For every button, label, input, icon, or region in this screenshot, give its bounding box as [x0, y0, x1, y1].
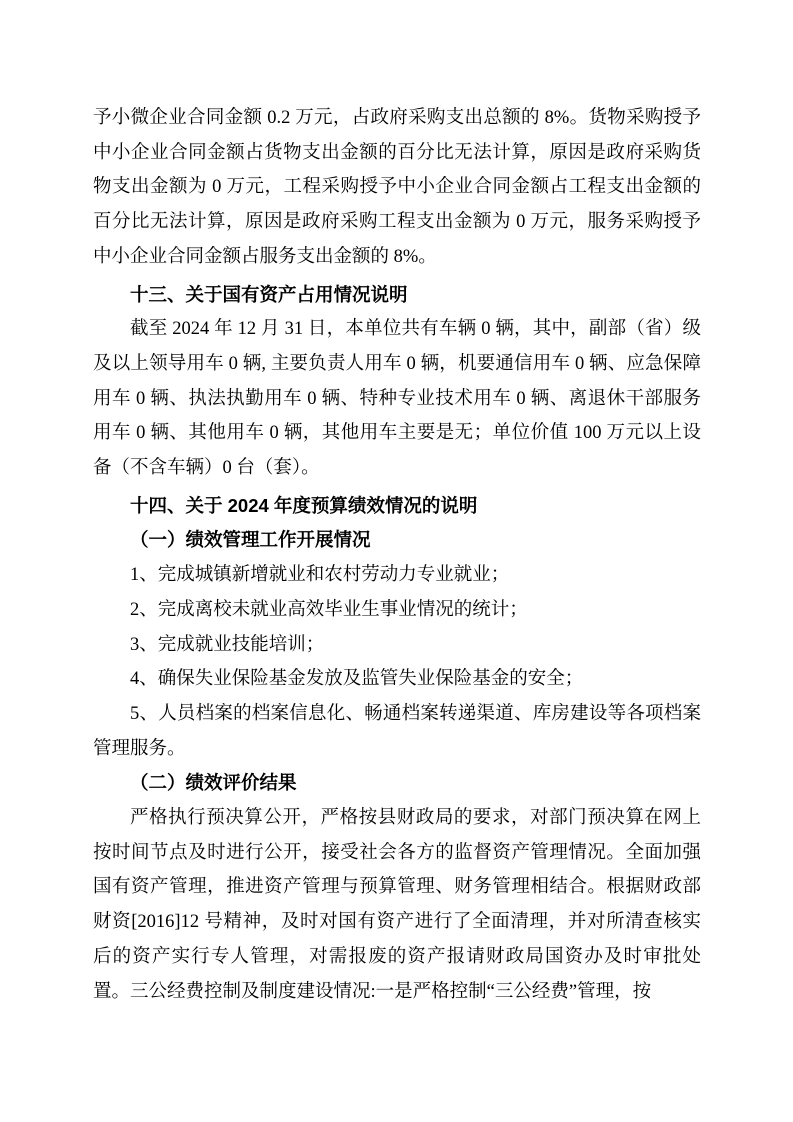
paragraph-procurement-continuation: 予小微企业合同金额 0.2 万元，占政府采购支出总额的 8%。货物采购授予中小企…: [93, 101, 701, 275]
list-item-4: 4、确保失业保险基金发放及监管失业保险基金的安全；: [93, 662, 701, 697]
section-heading-13-state-assets: 十三、关于国有资产占用情况说明: [93, 278, 701, 313]
sub-heading-performance-management: （一）绩效管理工作开展情况: [93, 523, 701, 558]
document-page: 予小微企业合同金额 0.2 万元，占政府采购支出总额的 8%。货物采购授予中小企…: [0, 0, 793, 1122]
list-item-1: 1、完成城镇新增就业和农村劳动力专业就业；: [93, 558, 701, 593]
section-heading-14-performance: 十四、关于 2024 年度预算绩效情况的说明: [93, 489, 701, 524]
paragraph-vehicles-equipment: 截至 2024 年 12 月 31 日，本单位共有车辆 0 辆，其中，副部（省）…: [93, 312, 701, 486]
sub-heading-performance-evaluation: （二）绩效评价结果: [93, 766, 701, 801]
paragraph-budget-disclosure: 严格执行预决算公开，严格按县财政局的要求，对部门预决算在网上按时间节点及时进行公…: [93, 801, 701, 1009]
list-item-5: 5、人员档案的档案信息化、畅通档案转递渠道、库房建设等各项档案管理服务。: [93, 697, 701, 766]
list-item-2: 2、完成离校未就业高效毕业生事业情况的统计；: [93, 593, 701, 628]
list-item-3: 3、完成就业技能培训；: [93, 628, 701, 663]
